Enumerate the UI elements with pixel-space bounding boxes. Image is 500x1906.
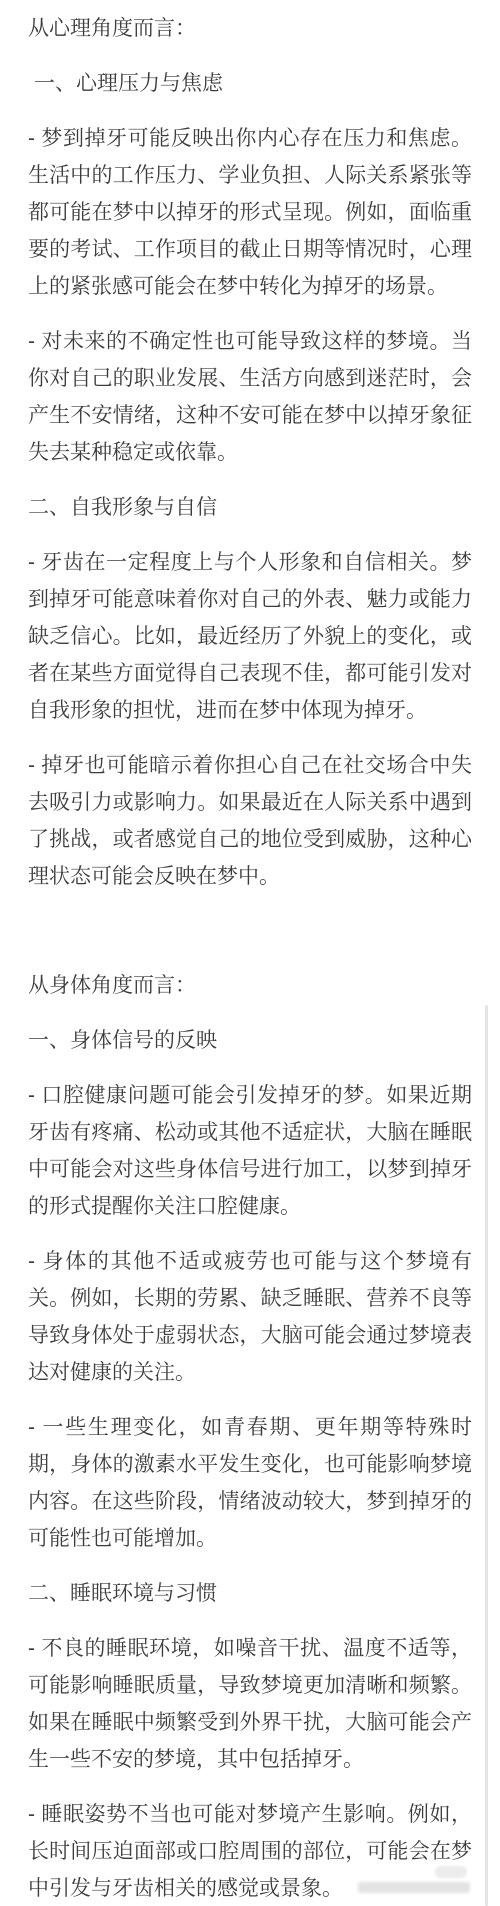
paragraph: - 一些生理变化，如青春期、更年期等特殊时期，身体的激素水平发生变化，也可能影响… [28,1409,472,1557]
heading-psych-stress: 一、心理压力与焦虑 [28,65,472,102]
paragraph: - 身体的其他不适或疲劳也可能与这个梦境有关。例如，长期的劳累、缺乏睡眠、营养不… [28,1243,472,1391]
paragraph: - 牙齿在一定程度上与个人形象和自信相关。梦到掉牙可能意味着你对自己的外表、魅力… [28,544,472,729]
section-psychological: 从心理角度而言： 一、心理压力与焦虑 - 梦到掉牙可能反映出你内心存在压力和焦虑… [28,10,472,895]
paragraph: - 口腔健康问题可能会引发掉牙的梦。如果近期牙齿有疼痛、松动或其他不适症状，大脑… [28,1077,472,1225]
heading-body-signals: 一、身体信号的反映 [28,1022,472,1059]
section-intro: 从心理角度而言： [28,10,472,47]
paragraph: - 对未来的不确定性也可能导致这样的梦境。当你对自己的职业发展、生活方向感到迷茫… [28,323,472,471]
section-intro: 从身体角度而言： [28,967,472,1004]
paragraph: - 不良的睡眠环境，如噪音干扰、温度不适等，可能影响睡眠质量，导致梦境更加清晰和… [28,1630,472,1778]
paragraph: - 梦到掉牙可能反映出你内心存在压力和焦虑。生活中的工作压力、学业负担、人际关系… [28,120,472,305]
heading-self-image: 二、自我形象与自信 [28,489,472,526]
paragraph: - 睡眠姿势不当也可能对梦境产生影响。例如，长时间压迫面部或口腔周围的部位，可能… [28,1796,472,1906]
article-page: 从心理角度而言： 一、心理压力与焦虑 - 梦到掉牙可能反映出你内心存在压力和焦虑… [0,0,500,1906]
section-physical: 从身体角度而言： 一、身体信号的反映 - 口腔健康问题可能会引发掉牙的梦。如果近… [28,913,472,1906]
scrollbar-thumb[interactable] [485,1005,488,1906]
heading-sleep-environment: 二、睡眠环境与习惯 [28,1575,472,1612]
paragraph: - 掉牙也可能暗示着你担心自己在社交场合中失去吸引力或影响力。如果最近在人际关系… [28,747,472,895]
